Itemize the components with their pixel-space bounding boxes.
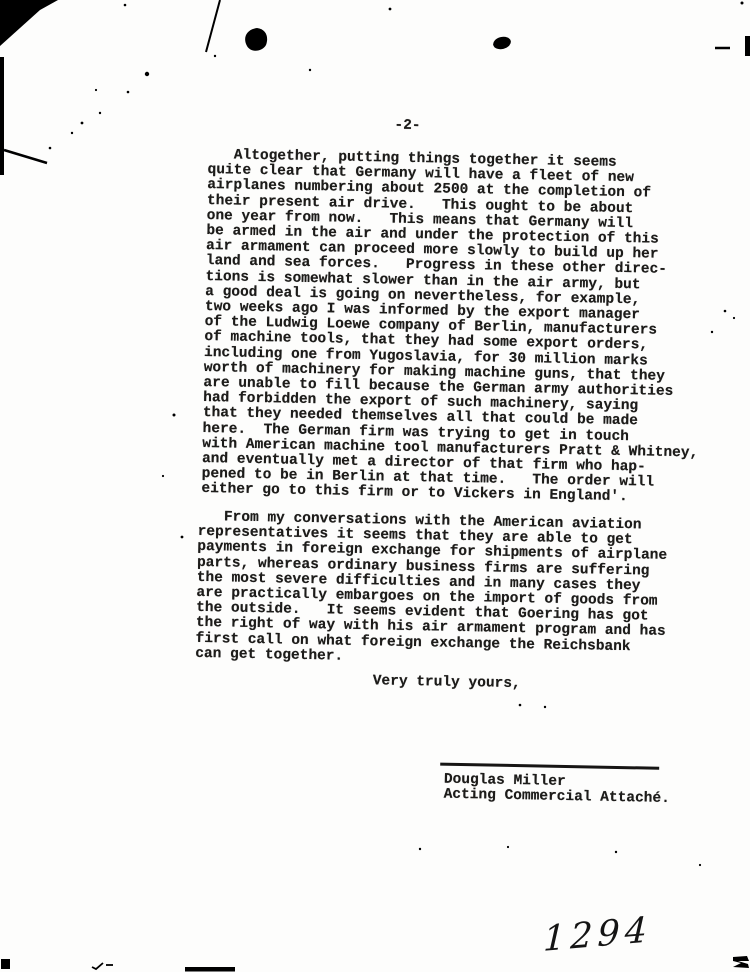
handwritten-page-number: 1294 <box>543 910 653 960</box>
scratch-line-top <box>206 0 220 52</box>
left-edge-shadow <box>0 57 4 175</box>
speck <box>741 2 744 5</box>
scanned-letter-page: -2- Altogether, putting things together … <box>0 0 750 972</box>
scratch-line-left <box>4 150 47 163</box>
blot-bottom-right <box>733 956 749 968</box>
edge-mark-bottom-left <box>1 959 10 969</box>
ink-blob-small <box>492 35 512 51</box>
signature-line <box>440 763 659 770</box>
signature-title: Acting Commercial Attaché. <box>443 788 670 808</box>
check-mark-bottom <box>92 963 113 969</box>
speck-trail <box>49 72 150 150</box>
closing-salutation: Very truly yours, <box>373 674 521 692</box>
corner-shadow-top-left <box>0 0 58 46</box>
edge-mark-top-right <box>745 36 750 56</box>
ink-blob-large <box>245 28 267 51</box>
dash-mark-bottom <box>185 967 235 972</box>
page-number: -2- <box>394 119 420 135</box>
letter-body: -2- Altogether, putting things together … <box>194 148 748 878</box>
paragraph-2: From my conversations with the American … <box>195 510 668 671</box>
paragraph-1: Altogether, putting things together it s… <box>201 148 704 507</box>
